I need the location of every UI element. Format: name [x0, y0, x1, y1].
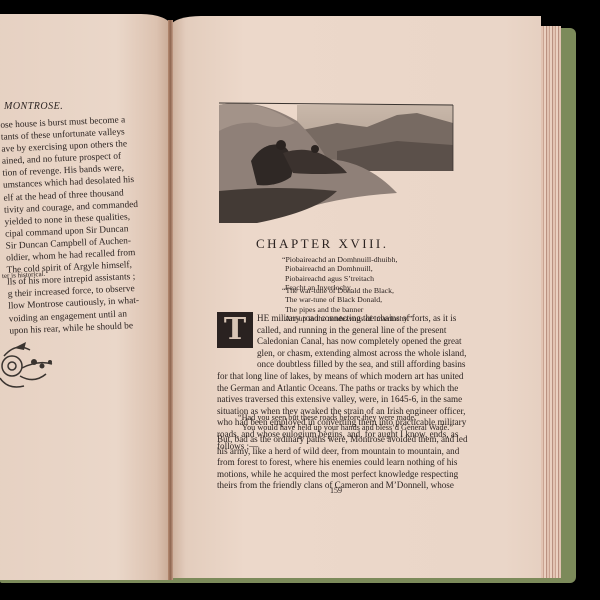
verse-line: Piobaireachd agus S’treitach	[282, 274, 397, 283]
left-page-body: ose house is burst must become a tants o…	[0, 115, 119, 337]
text-line: But, bad as the ordinary paths were, Mon…	[217, 434, 463, 446]
book-gutter	[168, 20, 173, 580]
verse-line: “The war-tune of Donald the Black,	[282, 286, 412, 295]
text-line: from forest to forest, where his enemies…	[217, 457, 463, 469]
text-line: natives traversed this extensive valley,…	[217, 394, 463, 406]
text-line: his army, like a herd of wild deer, from…	[217, 446, 463, 458]
verse-line: The war-tune of Black Donald,	[282, 295, 412, 304]
verse-line: Piobaireachd an Domhnuill,	[282, 264, 397, 273]
open-book-photo: MONTROSE. ose house is burst must become…	[0, 0, 600, 600]
text-line: the German and Atlantic Oceans. The path…	[217, 383, 463, 395]
page-number: 159	[330, 486, 342, 495]
verse-line: “Piobaireachd an Domhnuill-dhuibh,	[282, 255, 397, 264]
text-line: for that long line of lakes, by means of…	[217, 371, 463, 383]
text-line: called, and running in the general line …	[217, 325, 463, 337]
text-line: once doubtless filled by the sea, and st…	[217, 359, 463, 371]
floral-ornament-icon	[0, 328, 64, 398]
running-head: MONTROSE.	[4, 101, 63, 112]
chapter-illustration	[217, 101, 455, 227]
text-line: motions, while he acquired the most perf…	[217, 469, 463, 481]
text-line: Caledonian Canal, has now completely ope…	[217, 336, 463, 348]
quote-line: “Had you seen but these roads before the…	[238, 413, 453, 423]
quote-line: You would have held up your hands and bl…	[238, 423, 453, 433]
text-line: HE military road connecting the chains o…	[217, 313, 463, 325]
text-line: glen, or chasm, extending almost across …	[217, 348, 463, 360]
block-quote: “Had you seen but these roads before the…	[238, 413, 453, 432]
chapter-title: CHAPTER XVIII.	[256, 236, 389, 252]
paragraph-2: But, bad as the ordinary paths were, Mon…	[217, 434, 463, 492]
